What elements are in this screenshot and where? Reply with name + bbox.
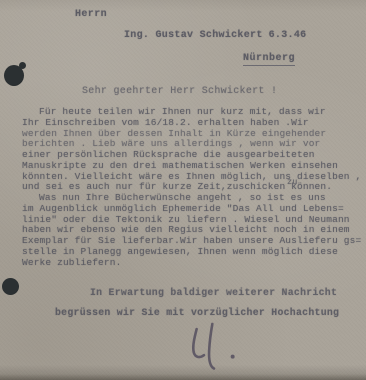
body-line: Werke zubliefern. <box>22 258 362 269</box>
letter-body: Für heute teilen wir Ihnen nur kurz mit,… <box>22 107 362 268</box>
closing-line-2: begrüssen wir Sie mit vorzüglicher Hocha… <box>55 307 339 318</box>
recipient-name-line: Ing. Gustav Schwickert6.3.46 <box>124 30 306 41</box>
body-line: Ihr Einschreiben vom 16/18.2. erhalten h… <box>22 118 362 129</box>
body-line: Manuskripte zu den drei mathematischen W… <box>22 161 362 172</box>
recipient-title: Herrn <box>75 9 107 20</box>
ink-blot-bottom <box>2 278 19 295</box>
scan-shadow-bottom-edge <box>0 374 366 380</box>
ink-blot-top <box>4 65 24 86</box>
letter-page: Herrn Ing. Gustav Schwickert6.3.46 Nürnb… <box>0 0 366 380</box>
inserted-word-zu: zu <box>287 177 298 188</box>
body-line: im Augenblick unmöglich Ephemeride "Das … <box>22 204 362 215</box>
letter-date: 6.3.46 <box>269 30 307 41</box>
handwritten-signature <box>180 320 245 376</box>
signature-period <box>231 355 235 359</box>
closing-line-1: In Erwartung baldiger weiterer Nachricht <box>90 287 337 298</box>
salutation: Sehr geehrter Herr Schwickert ! <box>82 86 277 97</box>
recipient-name: Ing. Gustav Schwickert <box>124 30 263 41</box>
city-underlined: Nürnberg <box>243 53 295 66</box>
body-line-text: und sei es auch nur für kurze Zeit,zusch… <box>22 181 332 192</box>
body-line: stelle in Planegg angewiesen, Ihnen wenn… <box>22 247 362 258</box>
